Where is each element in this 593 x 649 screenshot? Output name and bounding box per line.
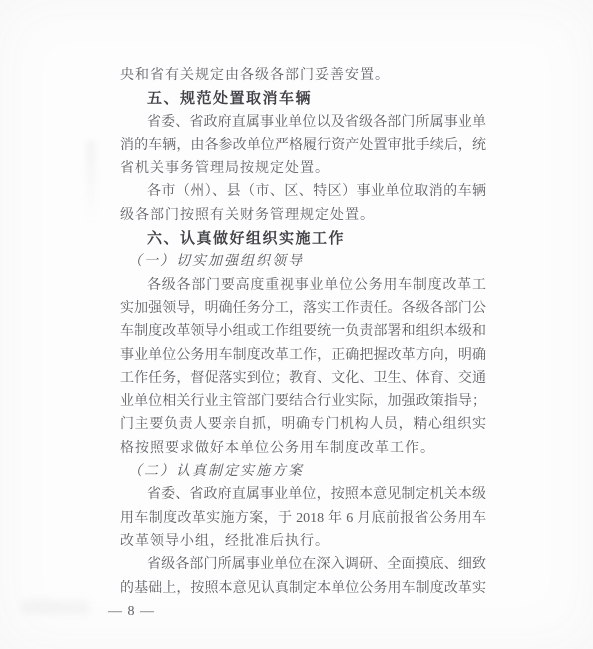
text-line-body: 业单位相关行业主管部门要结合行业实际，加强政策指导；各部	[120, 390, 486, 413]
document-body-text: 央和省有关规定由各级各部门妥善安置。五、规范处置取消车辆省委、省政府直属事业单位…	[120, 64, 486, 600]
text-line-heading: 六、认真做好组织实施工作	[120, 227, 486, 250]
text-line-body: 省级各部门所属事业单位在深入调研、全面摸底、细致测算	[120, 553, 486, 576]
text-line-subheading: （一）切实加强组织领导	[120, 250, 486, 273]
text-line-body: 门主要负责人要亲自抓，明确专门机构人员，精心组织实施，严	[120, 413, 486, 436]
text-line-body: 的基础上，按照本意见认真制定本单位公务用车制度改革实施方	[120, 577, 486, 600]
page-number: — 8 —	[108, 600, 198, 623]
text-line-body: 事业单位公务用车制度改革工作，正确把握改革方向，明确改革	[120, 344, 486, 367]
text-line-body: 车制度改革领导小组或工作组要统一负责部署和组织本级和所属	[120, 320, 486, 343]
text-line-body: 级各部门按照有关财务管理规定处置。	[120, 204, 486, 227]
text-line-body: 各市（州）、县（市、区、特区）事业单位取消的车辆由各	[120, 180, 486, 203]
text-line-body: 省委、省政府直属事业单位以及省级各部门所属事业单位取	[120, 111, 486, 134]
text-line-body: 央和省有关规定由各级各部门妥善安置。	[120, 64, 486, 87]
text-line-body: 格按照要求做好本单位公务用车制度改革工作。	[120, 437, 486, 460]
text-line-body: 用车制度改革实施方案，于 2018 年 6 月底前报省公务用车制度	[120, 507, 486, 530]
text-line-heading: 五、规范处置取消车辆	[120, 87, 486, 110]
text-line-body: 省机关事务管理局按规定处置。	[120, 157, 486, 180]
text-line-body: 实加强领导，明确任务分工，落实工作责任。各级各部门公务用	[120, 297, 486, 320]
text-line-body: 消的车辆，由各参改单位严格履行资产处置审批手续后，统一交	[120, 134, 486, 157]
text-line-body: 省委、省政府直属事业单位，按照本意见制定机关本级公务	[120, 483, 486, 506]
text-line-body: 工作任务，督促落实到位；教育、文化、卫生、体育、交通等事	[120, 367, 486, 390]
text-line-subheading: （二）认真制定实施方案	[120, 460, 486, 483]
scanned-document-page: 央和省有关规定由各级各部门妥善安置。五、规范处置取消车辆省委、省政府直属事业单位…	[0, 0, 593, 649]
text-line-body: 各级各部门要高度重视事业单位公务用车制度改革工作，切	[120, 274, 486, 297]
scan-artifact	[20, 600, 90, 614]
scan-artifact	[86, 140, 96, 260]
text-line-body: 改革领导小组，经批准后执行。	[120, 530, 486, 553]
